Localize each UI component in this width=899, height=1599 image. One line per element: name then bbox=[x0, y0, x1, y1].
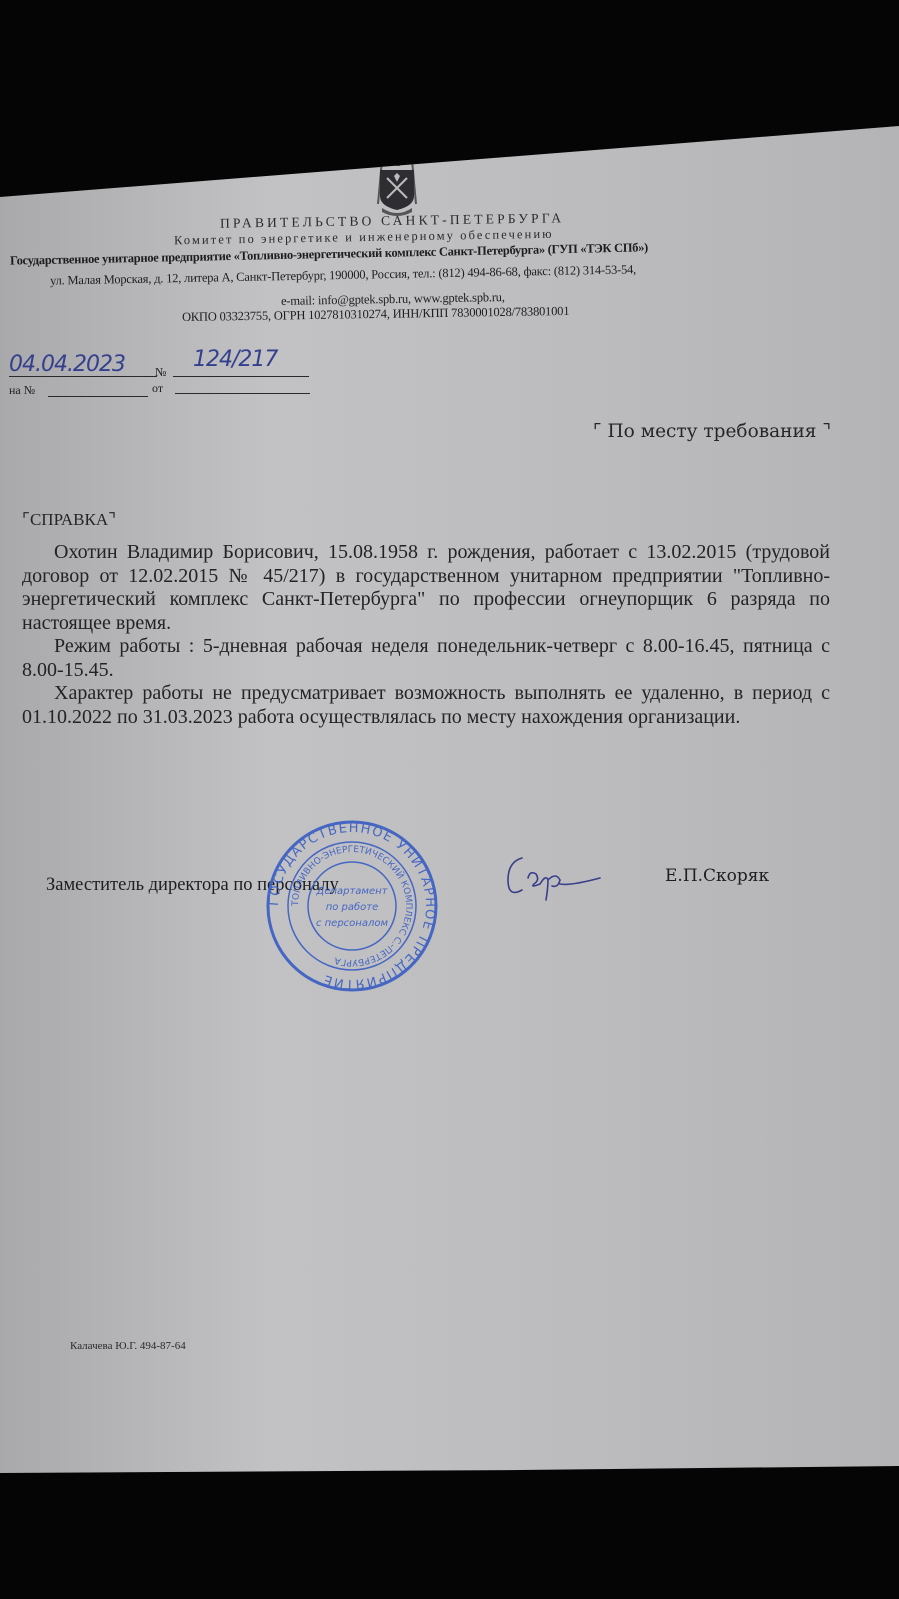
organization-codes: ОКПО 03323755, ОГРН 1027810310274, ИНН/К… bbox=[182, 304, 570, 325]
organization-address: ул. Малая Морская, д. 12, литера А, Санк… bbox=[50, 262, 636, 288]
body-paragraph-schedule: Режим работы : 5-дневная рабочая неделя … bbox=[22, 635, 830, 682]
registration-number: 124/217 bbox=[193, 347, 277, 372]
stamp-center-line-1: Департамент bbox=[316, 886, 389, 897]
registration-number-label: № bbox=[155, 365, 166, 380]
handwritten-signature-icon bbox=[500, 848, 610, 908]
document-body: Охотин Владимир Борисович, 15.08.1958 г.… bbox=[22, 541, 830, 729]
stamp-center-line-2: по работе bbox=[326, 901, 379, 913]
signatory-name: Е.П.Скоряк bbox=[665, 866, 769, 886]
stamp-center-line-3: с персоналом bbox=[316, 918, 389, 929]
reply-number-line bbox=[48, 396, 148, 397]
body-paragraph-employment: Охотин Владимир Борисович, 15.08.1958 г.… bbox=[22, 541, 830, 635]
number-underline bbox=[173, 376, 309, 377]
organization-stamp-icon: ГОСУДАРСТВЕННОЕ УНИТАРНОЕ ПРЕДПРИЯТИЕ ТО… bbox=[264, 818, 440, 994]
executor-contact: Калачева Ю.Г. 494-87-64 bbox=[70, 1340, 186, 1352]
body-paragraph-remote-work: Характер работы не предусматривает возмо… bbox=[22, 682, 830, 729]
document-paper: ПРАВИТЕЛЬСТВО САНКТ-ПЕТЕРБУРГА Комитет п… bbox=[0, 0, 899, 1599]
registration-date: 04.04.2023 bbox=[9, 352, 125, 377]
document-title: ⌜СПРАВКА⌝ bbox=[22, 510, 116, 530]
reply-to-number-label: на № bbox=[9, 383, 35, 398]
reply-date-line bbox=[175, 393, 310, 394]
spb-coat-of-arms-icon bbox=[372, 152, 422, 218]
date-underline bbox=[9, 376, 157, 377]
addressee: ⌜ По месту требования ⌝ bbox=[593, 421, 831, 442]
reply-from-label: от bbox=[152, 381, 163, 396]
